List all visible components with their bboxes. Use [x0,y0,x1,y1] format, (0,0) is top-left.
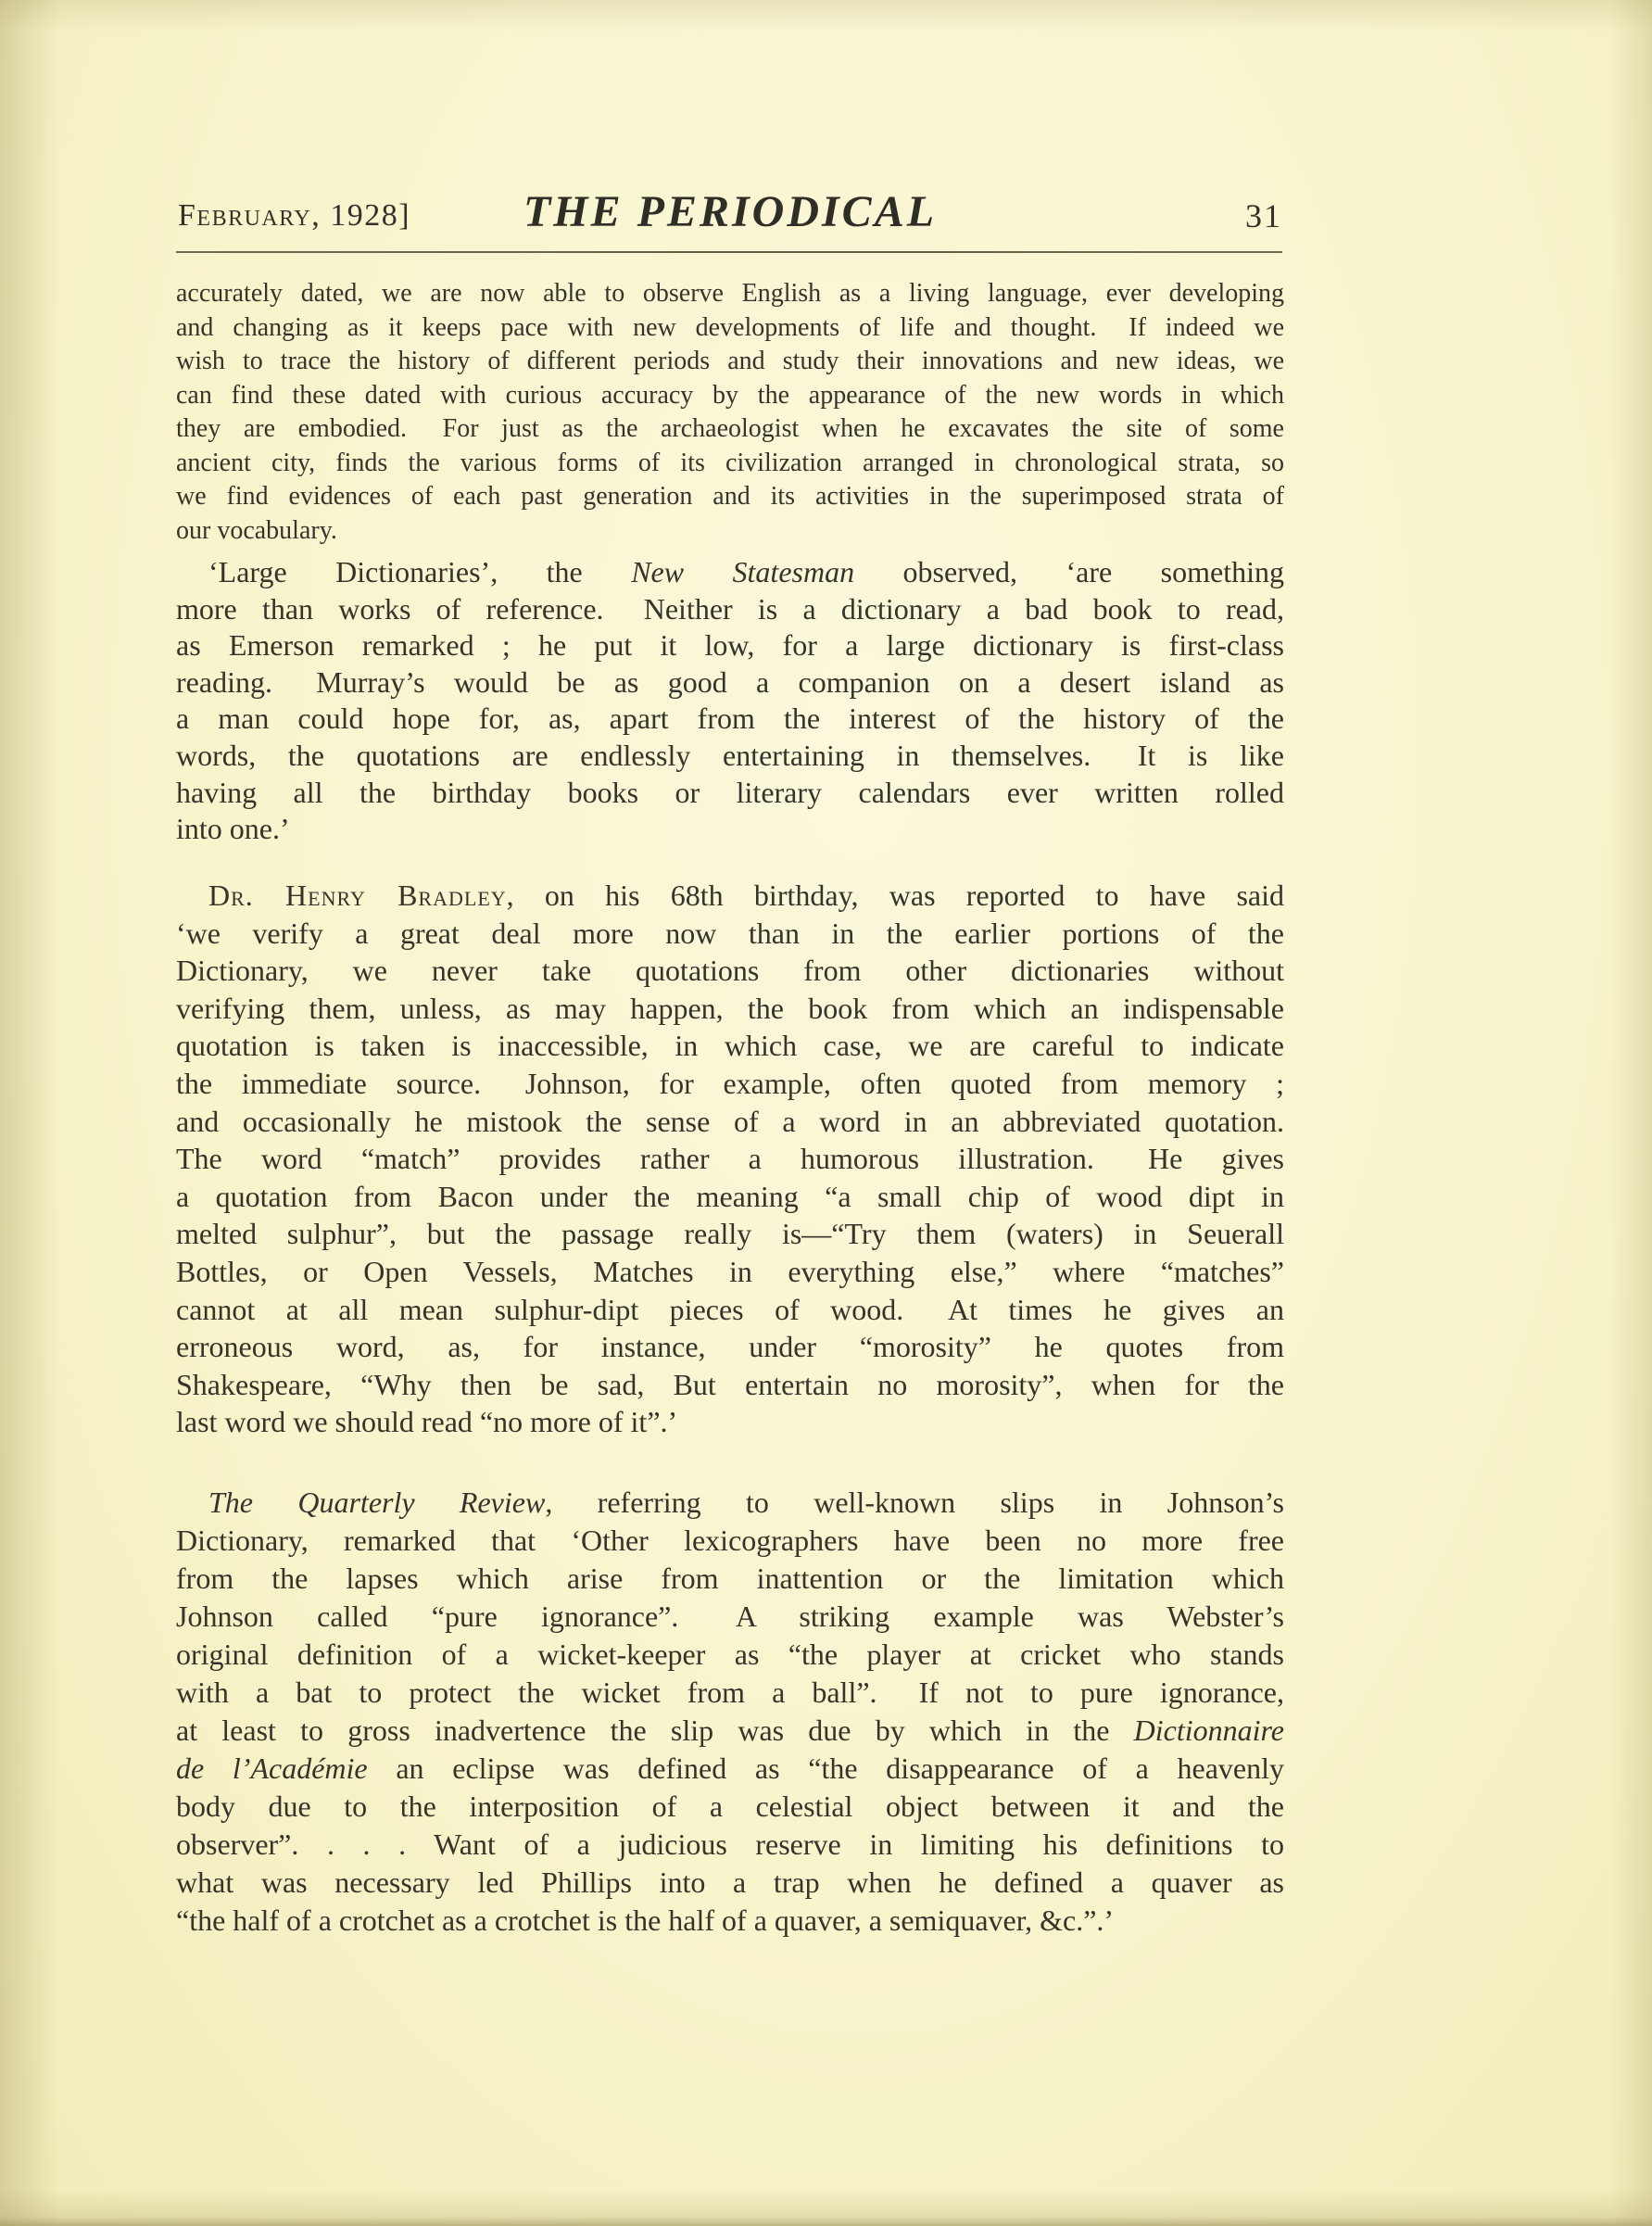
text-line: Dr. Henry Bradley, on his 68th birthday,… [176,877,1284,915]
body-text: they are embodied. For just as the archa… [176,414,1284,443]
body-text: into one.’ [176,812,290,845]
body-text: cannot at all mean sulphur-dipt pieces o… [176,1293,1284,1326]
text-line: erroneous word, as, for instance, under … [176,1328,1284,1366]
text-line: Johnson called “pure ignorance”. A strik… [176,1598,1284,1636]
text-line: Dictionary, remarked that ‘Other lexicog… [176,1522,1284,1560]
text-line: last word we should read “no more of it”… [176,1403,1284,1441]
text-line: wish to trace the history of different p… [176,345,1284,379]
body-text: what was necessary led Phillips into a t… [176,1866,1284,1899]
body-text: a quotation from Bacon under the meaning… [176,1180,1284,1213]
body-text: last word we should read “no more of it”… [176,1405,677,1438]
page-header: February, 1928] THE PERIODICAL 31 [176,182,1284,239]
text-line: can find these dated with curious accura… [176,379,1284,413]
text-line: and changing as it keeps pace with new d… [176,311,1284,346]
text-line: verifying them, unless, as may happen, t… [176,990,1284,1028]
body-text: “the half of a crotchet as a crotchet is… [176,1903,1114,1937]
page-number: 31 [1245,196,1282,235]
text-line: and occasionally he mistook the sense of… [176,1103,1284,1141]
small-caps-text: Dr. Henry Bradley [208,879,507,912]
paragraph-henry-bradley: Dr. Henry Bradley, on his 68th birthday,… [176,877,1284,1441]
text-line: body due to the interposition of a celes… [176,1788,1284,1826]
paragraph-quarterly-review: The Quarterly Review, referring to well-… [176,1484,1284,1940]
text-line: “the half of a crotchet as a crotchet is… [176,1902,1284,1940]
body-text: a man could hope for, as, apart from the… [176,702,1284,735]
italic-text: Dictionnaire [1134,1714,1284,1747]
italic-text: de l’Académie [176,1752,368,1785]
text-line: into one.’ [176,811,1284,848]
text-line: de l’Académie an eclipse was defined as … [176,1750,1284,1788]
text-line: The Quarterly Review, referring to well-… [176,1484,1284,1522]
header-rule [176,251,1282,253]
text-line: accurately dated, we are now able to obs… [176,277,1284,311]
body-text: original definition of a wicket-keeper a… [176,1638,1284,1671]
body-text: reading. Murray’s would be as good a com… [176,665,1284,699]
body-text: erroneous word, as, for instance, under … [176,1330,1284,1363]
text-line: reading. Murray’s would be as good a com… [176,664,1284,702]
body-text: words, the quotations are endlessly ente… [176,739,1284,772]
body-text: quotation is taken is inaccessible, in w… [176,1029,1284,1062]
body-text: observed, ‘are something [854,555,1284,588]
body-text: ‘we verify a great deal more now than in… [176,917,1284,950]
text-line: a man could hope for, as, apart from the… [176,701,1284,738]
body-text: Johnson called “pure ignorance”. A strik… [176,1600,1284,1633]
text-line: more than works of reference. Neither is… [176,591,1284,628]
text-line: original definition of a wicket-keeper a… [176,1636,1284,1674]
body-text: , on his 68th birthday, was reported to … [507,879,1284,912]
body-text: ancient city, finds the various forms of… [176,449,1284,477]
body-text: from the lapses which arise from inatten… [176,1562,1284,1595]
text-line: from the lapses which arise from inatten… [176,1560,1284,1598]
body-text: Dictionary, we never take quotations fro… [176,954,1284,987]
text-line: Dictionary, we never take quotations fro… [176,952,1284,990]
text-line: our vocabulary. [176,514,1284,549]
text-line: ‘we verify a great deal more now than in… [176,915,1284,953]
body-text: observer”. . . . Want of a judicious res… [176,1828,1284,1861]
text-line: The word “match” provides rather a humor… [176,1140,1284,1178]
body-text: melted sulphur”, but the passage really … [176,1217,1284,1250]
body-text: we find evidences of each past generatio… [176,482,1284,511]
body-text: having all the birthday books or literar… [176,776,1284,809]
body-text: and occasionally he mistook the sense of… [176,1105,1284,1138]
text-line: melted sulphur”, but the passage really … [176,1215,1284,1253]
body-text: the immediate source. Johnson, for examp… [176,1067,1284,1100]
text-line: they are embodied. For just as the archa… [176,412,1284,447]
body-text: as Emerson remarked ; he put it low, for… [176,628,1284,662]
text-line: ‘Large Dictionaries’, the New Statesman … [176,554,1284,591]
text-line: having all the birthday books or literar… [176,775,1284,812]
body-text: wish to trace the history of different p… [176,347,1284,375]
text-line: what was necessary led Phillips into a t… [176,1864,1284,1902]
body-text: and changing as it keeps pace with new d… [176,313,1284,342]
body-text: can find these dated with curious accura… [176,381,1284,410]
body-text: The word “match” provides rather a humor… [176,1142,1284,1175]
body-text: accurately dated, we are now able to obs… [176,279,1284,308]
text-line: we find evidences of each past generatio… [176,480,1284,514]
page-title: THE PERIODICAL [176,186,1284,237]
text-line: observer”. . . . Want of a judicious res… [176,1826,1284,1864]
body-text: Bottles, or Open Vessels, Matches in eve… [176,1255,1284,1288]
paragraph-continuation-vocabulary: accurately dated, we are now able to obs… [176,277,1284,548]
text-line: quotation is taken is inaccessible, in w… [176,1027,1284,1065]
body-text: our vocabulary. [176,516,337,545]
text-line: words, the quotations are endlessly ente… [176,738,1284,775]
italic-text: The Quarterly Review [208,1486,545,1519]
text-line: ancient city, finds the various forms of… [176,447,1284,481]
text-line: as Emerson remarked ; he put it low, for… [176,627,1284,664]
body-text: ‘Large Dictionaries’, the [208,555,631,588]
paragraph-large-dictionaries: ‘Large Dictionaries’, the New Statesman … [176,554,1284,848]
body-text: with a bat to protect the wicket from a … [176,1676,1284,1709]
body-text: an eclipse was defined as “the disappear… [368,1752,1284,1785]
body-text: Shakespeare, “Why then be sad, But enter… [176,1368,1284,1401]
text-line: cannot at all mean sulphur-dipt pieces o… [176,1291,1284,1329]
text-line: the immediate source. Johnson, for examp… [176,1065,1284,1103]
text-line: Shakespeare, “Why then be sad, But enter… [176,1366,1284,1404]
scanned-page: February, 1928] THE PERIODICAL 31 accura… [0,0,1652,2226]
body-text: , referring to well-known slips in Johns… [545,1486,1284,1519]
body-text: body due to the interposition of a celes… [176,1790,1284,1823]
text-line: a quotation from Bacon under the meaning… [176,1178,1284,1216]
text-line: Bottles, or Open Vessels, Matches in eve… [176,1253,1284,1291]
text-line: with a bat to protect the wicket from a … [176,1674,1284,1712]
text-line: at least to gross inadvertence the slip … [176,1712,1284,1750]
body-text: more than works of reference. Neither is… [176,592,1284,626]
body-text: at least to gross inadvertence the slip … [176,1714,1134,1747]
italic-text: New Statesman [631,555,854,588]
body-text: Dictionary, remarked that ‘Other lexicog… [176,1524,1284,1557]
body-text: verifying them, unless, as may happen, t… [176,992,1284,1025]
